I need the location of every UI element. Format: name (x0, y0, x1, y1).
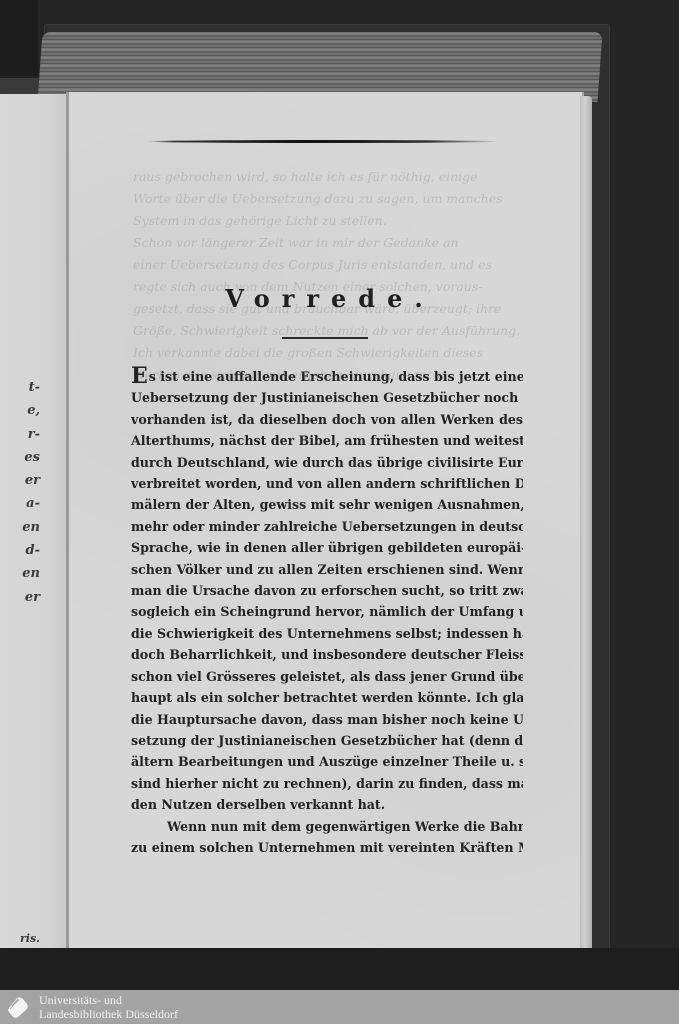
text-line: ältern Bearbeitungen und Auszüge einzeln… (131, 751, 523, 772)
left-fragment: a- (0, 492, 40, 515)
show-through-text: raus gebrochen wird, so halte ich es für… (133, 166, 523, 386)
show-through-line: Worte über die Uebersetzung dazu zu sage… (133, 188, 523, 210)
left-fragment: r- (0, 423, 40, 446)
text-line: Es ist eine auffallende Erscheinung, das… (131, 366, 523, 387)
text-line: man die Ursache davon zu erforschen such… (131, 580, 523, 601)
text-line: mälern der Alten, gewiss mit sehr wenige… (131, 494, 523, 515)
show-through-line: System in das gehörige Licht zu stellen. (133, 210, 523, 232)
text-line: haupt als ein solcher betrachtet werden … (131, 687, 523, 708)
text-line: schen Völker und zu allen Zeiten erschie… (131, 559, 523, 580)
text-line: vorhanden ist, da dieselben doch von all… (131, 409, 523, 430)
left-fragment: en (0, 562, 40, 585)
text-line: durch Deutschland, wie durch das übrige … (131, 452, 523, 473)
footer-text: Universitäts- und Landesbibliothek Düsse… (39, 993, 178, 1021)
left-page: t- e, r- es er a- en d- en er ris. (0, 94, 68, 948)
page-title: Vorrede. (120, 284, 540, 313)
show-through-line: Ich verkannte dabei die großen Schwierig… (133, 342, 523, 364)
text-line: den Nutzen derselben verkannt hat. (131, 794, 523, 815)
body-text: Es ist eine auffallende Erscheinung, das… (131, 366, 523, 858)
library-footer: Universitäts- und Landesbibliothek Düsse… (0, 990, 679, 1024)
text-line: die Schwierigkeit des Unternehmens selbs… (131, 623, 523, 644)
show-through-line: Größe, Schwierigkeit schreckte mich ab v… (133, 320, 523, 342)
left-fragment-bottom: ris. (0, 932, 40, 945)
text-line: schon viel Grösseres geleistet, als dass… (131, 666, 523, 687)
footer-line-1: Universitäts- und (39, 993, 178, 1007)
text-line: die Hauptursache davon, dass man bisher … (131, 709, 523, 730)
left-fragment: es (0, 446, 40, 469)
show-through-line: raus gebrochen wird, so halte ich es für… (133, 166, 523, 188)
left-cover-edge (0, 0, 38, 76)
title-rule (282, 337, 368, 339)
scan-bottom-background (0, 948, 679, 990)
left-fragment: er (0, 586, 40, 609)
drop-cap: E (131, 366, 148, 387)
left-fragment: t- (0, 376, 40, 399)
text-line: sind hierher nicht zu rechnen), darin zu… (131, 773, 523, 794)
left-page-line-fragments: t- e, r- es er a- en d- en er (0, 376, 40, 609)
text-line: Wenn nun mit dem gegenwärtigen Werke die… (131, 816, 523, 837)
text-line: Alterthums, nächst der Bibel, am frühest… (131, 430, 523, 451)
text-line: verbreitet worden, und von allen andern … (131, 473, 523, 494)
text-line: Uebersetzung der Justinianeischen Gesetz… (131, 387, 523, 408)
text-line: mehr oder minder zahlreiche Uebersetzung… (131, 516, 523, 537)
left-fragment: er (0, 469, 40, 492)
text-line: Sprache, wie in denen aller übrigen gebi… (131, 537, 523, 558)
show-through-line: Schon vor längerer Zeit war in mir der G… (133, 232, 523, 254)
text-line: setzung der Justinianeischen Gesetzbüche… (131, 730, 523, 751)
show-through-line: einer Uebersetzung des Corpus Juris ents… (133, 254, 523, 276)
text-line: zu einem solchen Unternehmen mit vereint… (131, 837, 523, 858)
page-fore-edge (580, 96, 592, 952)
header-rule (146, 140, 501, 143)
left-fragment: en (0, 516, 40, 539)
text-line: doch Beharrlichkeit, und insbesondere de… (131, 644, 523, 665)
left-fragment: e, (0, 399, 40, 422)
footer-line-2: Landesbibliothek Düsseldorf (39, 1007, 178, 1021)
left-fragment: d- (0, 539, 40, 562)
text-line: sogleich ein Scheingrund hervor, nämlich… (131, 601, 523, 622)
library-logo-icon (5, 994, 31, 1020)
